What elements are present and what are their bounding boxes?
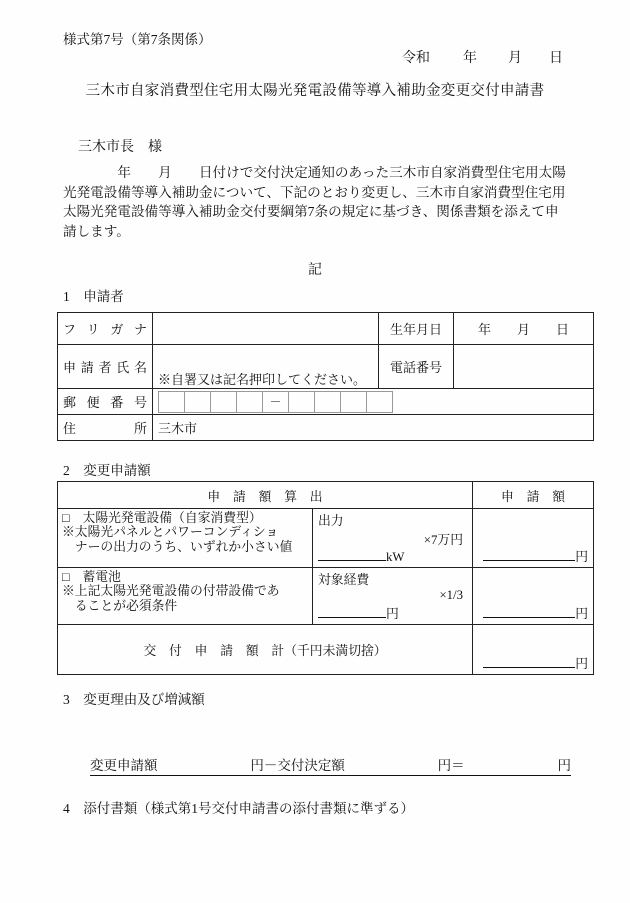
furigana-input-cell[interactable] — [153, 313, 379, 345]
table-row: □ 蓄電池 ※上記太陽光発電設備の付帯設備であ ることが必須条件 対象経費 ×1… — [58, 568, 594, 625]
document-title: 三木市自家消費型住宅用太陽光発電設備等導入補助金変更交付申請書 — [0, 79, 630, 100]
battery-checkbox-line[interactable]: □ 蓄電池 — [62, 570, 309, 584]
postal-code-label: 郵便番号 — [63, 392, 147, 411]
date-line: 令和年月日 — [402, 47, 563, 67]
battery-cost-unit: 円 — [386, 603, 399, 622]
birthdate-label: 生年月日 — [379, 313, 454, 345]
formula-minus-decided-label: 円－交付決定額 — [250, 757, 345, 775]
total-amount-blank[interactable] — [483, 655, 575, 668]
solar-note-line: ※太陽光パネルとパワーコンディショ — [62, 525, 309, 539]
battery-amount-blank[interactable] — [483, 605, 575, 618]
paragraph-line: 光発電設備等導入補助金について、下記のとおり変更し、三木市自家消費型住宅用 — [63, 183, 571, 203]
applicant-name-input-cell[interactable]: ※自署又は記名押印してください。 — [153, 345, 379, 389]
section3-heading: 3 変更理由及び増減額 — [63, 688, 205, 708]
change-amount-formula: 変更申請額 円－交付決定額 円＝ 円 — [90, 757, 571, 776]
formula-yen-label: 円 — [557, 757, 571, 775]
solar-kw-unit: kW — [386, 550, 404, 565]
address-label: 住所 — [63, 418, 147, 437]
battery-amount-unit: 円 — [575, 603, 588, 622]
form-number: 様式第7号（第7条関係） — [63, 28, 212, 48]
table-row: 申請者氏名 ※自署又は記名押印してください。 電話番号 — [58, 345, 594, 389]
section2-heading: 2 変更申請額 — [63, 459, 151, 479]
total-label: 交 付 申 請 額 計（千円未満切捨） — [58, 625, 473, 675]
table-row: 申 請 額 算 出 申 請 額 — [58, 482, 594, 509]
phone-label: 電話番号 — [379, 345, 454, 389]
address-value-cell[interactable]: 三木市 — [153, 415, 594, 441]
solar-amount-unit: 円 — [575, 546, 588, 565]
paragraph-line: 請します。 — [63, 222, 571, 242]
postal-digit-box[interactable] — [340, 391, 367, 413]
postal-digit-box[interactable] — [210, 391, 237, 413]
postal-digit-box[interactable] — [158, 391, 185, 413]
ki-label: 記 — [0, 259, 630, 279]
section4-heading: 4 添付書類（様式第1号交付申請書の添付書類に準ずる） — [63, 797, 414, 817]
table-row: 住所 三木市 — [58, 415, 594, 441]
solar-checkbox-line[interactable]: □ 太陽光発電設備（自家消費型） — [62, 511, 309, 525]
battery-description-cell: □ 蓄電池 ※上記太陽光発電設備の付帯設備であ ることが必須条件 — [58, 568, 313, 625]
table-row: □ 太陽光発電設備（自家消費型） ※太陽光パネルとパワーコンディショ ナーの出力… — [58, 509, 594, 568]
date-era-label: 令和 — [402, 47, 430, 67]
battery-cost-blank[interactable] — [318, 605, 386, 618]
amount-table: 申 請 額 算 出 申 請 額 □ 太陽光発電設備（自家消費型） ※太陽光パネル… — [57, 481, 594, 675]
amount-header: 申 請 額 — [473, 482, 594, 509]
table-row: 郵便番号 － — [58, 389, 594, 415]
table-row: 交 付 申 請 額 計（千円未満切捨） 円 — [58, 625, 594, 675]
battery-calc-rate: ×1/3 — [439, 588, 463, 603]
total-amount-unit: 円 — [575, 653, 588, 672]
solar-description-cell: □ 太陽光発電設備（自家消費型） ※太陽光パネルとパワーコンディショ ナーの出力… — [58, 509, 313, 568]
signature-note: ※自署又は記名押印してください。 — [158, 372, 366, 387]
postal-code-boxes: － — [158, 391, 588, 413]
postal-digit-box[interactable] — [288, 391, 315, 413]
postal-digit-box[interactable] — [236, 391, 263, 413]
document-page: { "page": { "form_number": "様式第7号（第7条関係）… — [0, 0, 630, 903]
solar-calc-cell: 出力 ×7万円 kW — [313, 509, 473, 568]
date-year-label: 年 — [463, 47, 477, 67]
calc-header: 申 請 額 算 出 — [58, 482, 473, 509]
furigana-label: フリガナ — [63, 319, 147, 338]
solar-amount-blank[interactable] — [483, 548, 575, 561]
battery-note-line: ※上記太陽光発電設備の付帯設備であ — [62, 584, 309, 598]
birthdate-value-cell[interactable]: 年 月 日 — [454, 313, 594, 345]
battery-note-line: ることが必須条件 — [62, 599, 309, 613]
solar-kw-blank[interactable] — [318, 548, 386, 561]
battery-calc-cell: 対象経費 ×1/3 円 — [313, 568, 473, 625]
paragraph-line: 太陽光発電設備等導入補助金交付要綱第7条の規定に基づき、関係書類を添えて申 — [63, 202, 571, 222]
phone-input-cell[interactable] — [454, 345, 594, 389]
table-row: フリガナ 生年月日 年 月 日 — [58, 313, 594, 345]
total-amount-cell: 円 — [473, 625, 594, 675]
applicant-name-label: 申請者氏名 — [63, 357, 147, 376]
date-day-label: 日 — [549, 47, 563, 67]
section1-heading: 1 申請者 — [63, 285, 124, 305]
postal-digit-box[interactable] — [366, 391, 393, 413]
postal-code-cell: － — [153, 389, 594, 415]
postal-dash-box: － — [262, 391, 289, 413]
solar-amount-cell: 円 — [473, 509, 594, 568]
formula-change-amount-label: 変更申請額 — [90, 757, 158, 775]
formula-equals-label: 円＝ — [438, 757, 465, 775]
paragraph-line: 年 月 日付けで交付決定通知のあった三木市自家消費型住宅用太陽 — [63, 163, 571, 183]
battery-calc-label: 対象経費 — [318, 569, 369, 588]
postal-digit-box[interactable] — [184, 391, 211, 413]
body-paragraph: 年 月 日付けで交付決定通知のあった三木市自家消費型住宅用太陽 光発電設備等導入… — [63, 163, 571, 241]
postal-digit-box[interactable] — [314, 391, 341, 413]
solar-calc-rate: ×7万円 — [424, 529, 463, 548]
applicant-table: フリガナ 生年月日 年 月 日 申請者氏名 ※自署又は記名押印してください。 電… — [57, 312, 594, 441]
solar-calc-label: 出力 — [318, 510, 344, 529]
battery-amount-cell: 円 — [473, 568, 594, 625]
addressee: 三木市長 様 — [78, 136, 162, 156]
date-month-label: 月 — [508, 47, 522, 67]
solar-note-line: ナーの出力のうち、いずれか小さい値 — [62, 540, 309, 554]
